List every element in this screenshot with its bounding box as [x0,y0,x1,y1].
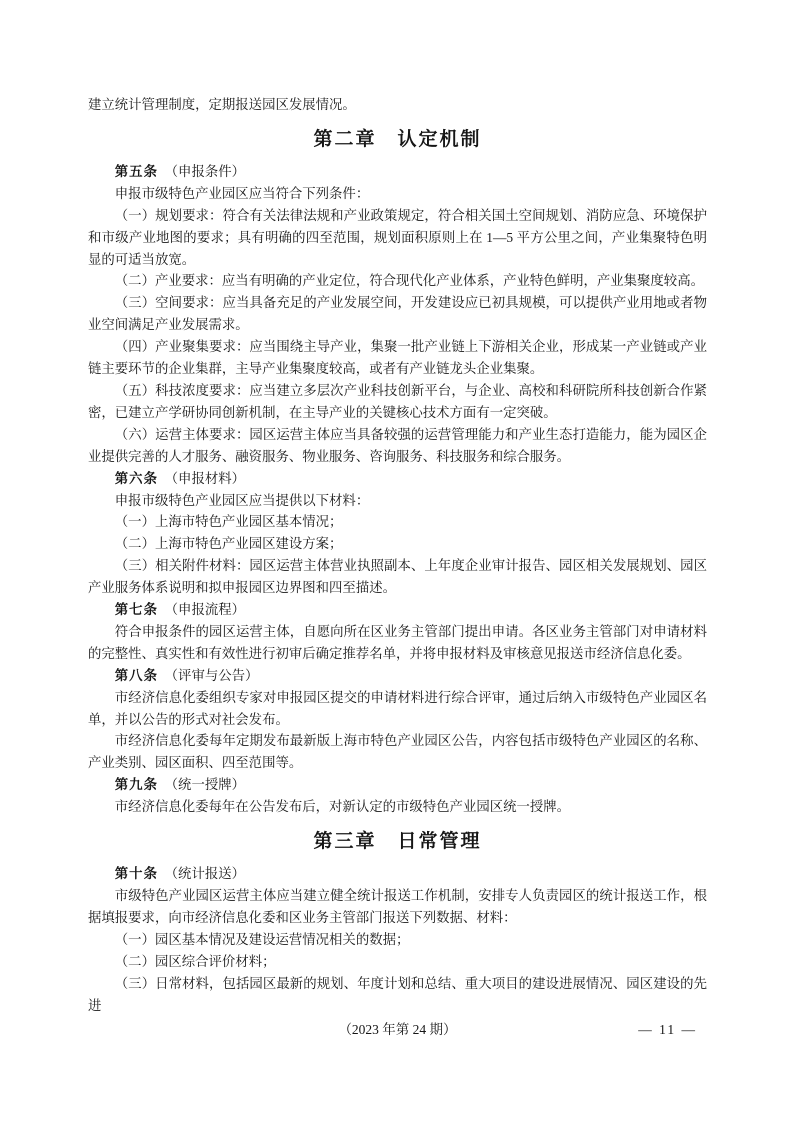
paragraph: （四）产业聚集要求：应当围绕主导产业，集聚一批产业链上下游相关企业，形成某一产业… [88,336,707,380]
article-heading: 第八条 （评审与公告） [88,665,707,687]
paragraph: （一）规划要求：符合有关法律法规和产业政策规定，符合相关国土空间规划、消防应急、… [88,205,707,271]
article-number: 第六条 [115,471,158,486]
page-number: — 11 — [638,1019,697,1041]
paragraph: （一）上海市特色产业园区基本情况； [88,511,707,533]
article-heading: 第五条 （申报条件） [88,161,707,183]
article-heading: 第六条 （申报材料） [88,468,707,490]
paragraph: （二）园区综合评价材料； [88,951,707,973]
article-number: 第七条 [115,602,158,617]
paragraph: 市经济信息化委每年在公告发布后，对新认定的市级特色产业园区统一授牌。 [88,796,707,818]
article-number: 第十条 [115,866,158,881]
paragraph: （三）空间要求：应当具备充足的产业发展空间，开发建设应已初具规模，可以提供产业用… [88,292,707,336]
article-number: 第八条 [115,668,158,683]
paragraph: （三）日常材料，包括园区最新的规划、年度计划和总结、重大项目的建设进展情况、园区… [88,973,707,1017]
paragraph: （二）上海市特色产业园区建设方案； [88,533,707,555]
paragraph: 市经济信息化委组织专家对申报园区提交的申请材料进行综合评审，通过后纳入市级特色产… [88,687,707,731]
paragraph: （一）园区基本情况及建设运营情况相关的数据； [88,929,707,951]
chapter-heading: 第三章 日常管理 [88,829,707,855]
article-number: 第五条 [115,164,158,179]
page-footer: （2023 年第 24 期） — 11 — [88,1019,707,1041]
document-body: 建立统计管理制度，定期报送园区发展情况。第二章 认定机制第五条 （申报条件）申报… [88,94,707,1016]
article-heading: 第十条 （统计报送） [88,863,707,885]
paragraph: （三）相关附件材料：园区运营主体营业执照副本、上年度企业审计报告、园区相关发展规… [88,555,707,599]
paragraph: 建立统计管理制度，定期报送园区发展情况。 [88,94,707,116]
paragraph: 市级特色产业园区运营主体应当建立健全统计报送工作机制，安排专人负责园区的统计报送… [88,885,707,929]
article-heading: 第七条 （申报流程） [88,599,707,621]
paragraph: 市经济信息化委每年定期发布最新版上海市特色产业园区公告，内容包括市级特色产业园区… [88,730,707,774]
document-page: 建立统计管理制度，定期报送园区发展情况。第二章 认定机制第五条 （申报条件）申报… [0,0,793,1122]
article-heading: 第九条 （统一授牌） [88,774,707,796]
paragraph: 申报市级特色产业园区应当提供以下材料： [88,490,707,512]
issue-label: （2023 年第 24 期） [88,1019,707,1041]
paragraph: 申报市级特色产业园区应当符合下列条件： [88,183,707,205]
paragraph: 符合申报条件的园区运营主体，自愿向所在区业务主管部门提出申请。各区业务主管部门对… [88,621,707,665]
article-number: 第九条 [115,777,158,792]
chapter-heading: 第二章 认定机制 [88,127,707,153]
paragraph: （六）运营主体要求：园区运营主体应当具备较强的运营管理能力和产业生态打造能力，能… [88,424,707,468]
paragraph: （五）科技浓度要求：应当建立多层次产业科技创新平台，与企业、高校和科研院所科技创… [88,380,707,424]
paragraph: （二）产业要求：应当有明确的产业定位，符合现代化产业体系，产业特色鲜明，产业集聚… [88,270,707,292]
